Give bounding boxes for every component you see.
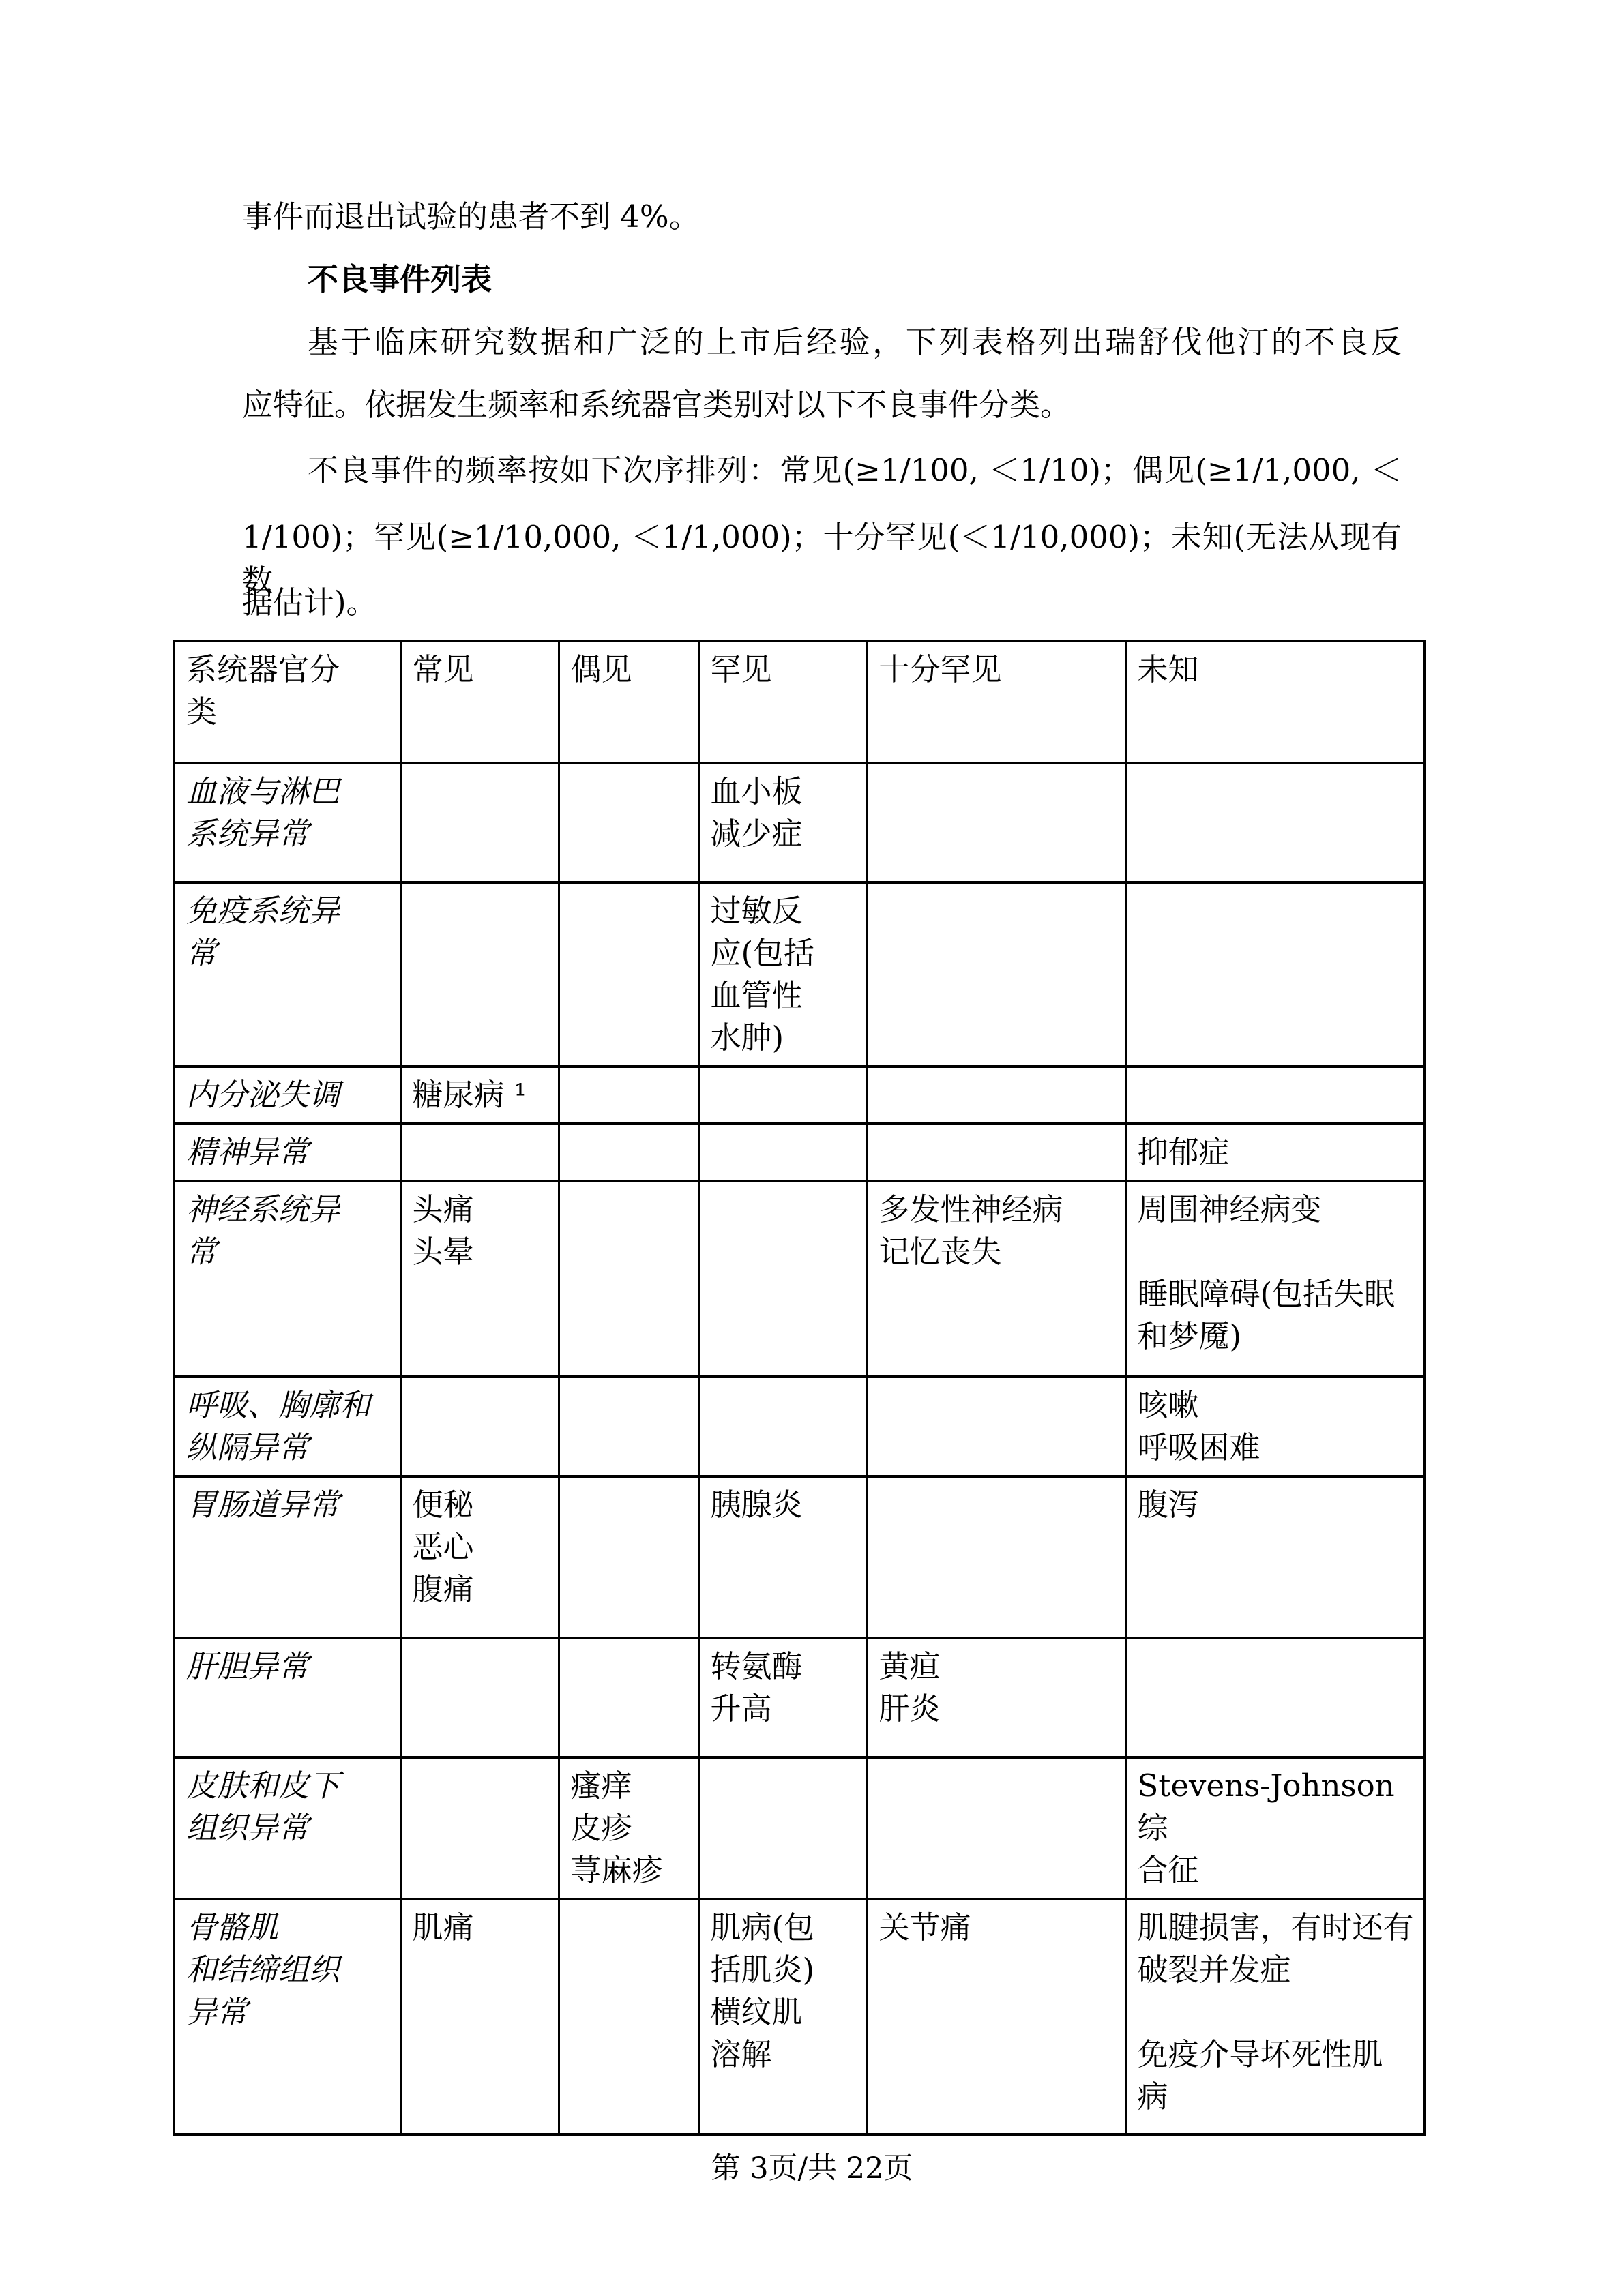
table-cell: 抑郁症 (1125, 1124, 1424, 1181)
table-row: 骨骼肌 和结缔组织 异常肌痛肌病(包 括肌炎) 横纹肌 溶解关节痛肌腱损害，有时… (174, 1899, 1424, 2134)
table-body: 血液与淋巴 系统异常血小板 减少症免疫系统异 常过敏反 应(包括 血管性 水肿)… (174, 763, 1424, 2134)
table-cell (400, 1638, 559, 1757)
table-cell (698, 1067, 867, 1124)
table-cell (867, 1757, 1125, 1899)
table-cell (867, 1377, 1125, 1476)
table-cell: 免疫系统异 常 (174, 882, 400, 1067)
table-cell: 骨骼肌 和结缔组织 异常 (174, 1899, 400, 2134)
table-cell: 内分泌失调 (174, 1067, 400, 1124)
column-header: 常见 (400, 641, 559, 763)
table-cell: 血小板 减少症 (698, 763, 867, 882)
table-cell (698, 1124, 867, 1181)
table-cell (1125, 1067, 1424, 1124)
table-cell: 黄疸 肝炎 (867, 1638, 1125, 1757)
column-header: 十分罕见 (867, 641, 1125, 763)
table-cell (867, 1067, 1125, 1124)
section-heading: 不良事件列表 (242, 258, 1402, 301)
table-cell: 神经系统异 常 (174, 1181, 400, 1377)
table-cell: 胃肠道异常 (174, 1476, 400, 1638)
table-cell: 头痛 头晕 (400, 1181, 559, 1377)
table-cell: 肌腱损害，有时还有 破裂并发症 免疫介导坏死性肌 病 (1125, 1899, 1424, 2134)
table-cell (559, 1181, 698, 1377)
table-cell: 便秘 恶心 腹痛 (400, 1476, 559, 1638)
table-cell (400, 1757, 559, 1899)
table-row: 精神异常抑郁症 (174, 1124, 1424, 1181)
table-cell (559, 1476, 698, 1638)
column-header: 偶见 (559, 641, 698, 763)
table-cell (559, 1124, 698, 1181)
paragraph-continuation: 事件而退出试验的患者不到 4%。 (242, 195, 1402, 239)
table-row: 免疫系统异 常过敏反 应(包括 血管性 水肿) (174, 882, 1424, 1067)
table-cell (559, 882, 698, 1067)
table-cell (867, 1476, 1125, 1638)
table-cell (400, 763, 559, 882)
table-cell: 肝胆异常 (174, 1638, 400, 1757)
table-cell (559, 1899, 698, 2134)
table-cell: 呼吸、胸廓和 纵隔异常 (174, 1377, 400, 1476)
table-cell (1125, 1638, 1424, 1757)
paragraph-intro-line-1: 基于临床研究数据和广泛的上市后经验，下列表格列出瑞舒伐他汀的不良反 (242, 320, 1402, 364)
table-cell (559, 763, 698, 882)
table-cell (867, 1124, 1125, 1181)
table-row: 呼吸、胸廓和 纵隔异常咳嗽 呼吸困难 (174, 1377, 1424, 1476)
table-cell (867, 882, 1125, 1067)
table-cell: 转氨酶 升高 (698, 1638, 867, 1757)
table-cell: 周围神经病变 睡眠障碍(包括失眠 和梦魇) (1125, 1181, 1424, 1377)
table-cell: 多发性神经病 记忆丧失 (867, 1181, 1125, 1377)
table-row: 血液与淋巴 系统异常血小板 减少症 (174, 763, 1424, 882)
table-cell (698, 1377, 867, 1476)
table-cell (400, 1124, 559, 1181)
table-cell (698, 1757, 867, 1899)
table-cell: 胰腺炎 (698, 1476, 867, 1638)
table-cell: 肌痛 (400, 1899, 559, 2134)
table-cell: 腹泻 (1125, 1476, 1424, 1638)
table-cell (400, 882, 559, 1067)
table-cell: 糖尿病 ¹ (400, 1067, 559, 1124)
column-header: 系统器官分 类 (174, 641, 400, 763)
table-cell: Stevens-Johnson 综 合征 (1125, 1757, 1424, 1899)
table-cell: 精神异常 (174, 1124, 400, 1181)
table-cell (559, 1377, 698, 1476)
table-cell: 过敏反 应(包括 血管性 水肿) (698, 882, 867, 1067)
table-row: 肝胆异常转氨酶 升高黄疸 肝炎 (174, 1638, 1424, 1757)
table-cell: 肌病(包 括肌炎) 横纹肌 溶解 (698, 1899, 867, 2134)
table-cell: 血液与淋巴 系统异常 (174, 763, 400, 882)
table-cell (867, 763, 1125, 882)
table-cell (1125, 882, 1424, 1067)
table-cell (1125, 763, 1424, 882)
column-header: 未知 (1125, 641, 1424, 763)
table-row: 神经系统异 常头痛 头晕多发性神经病 记忆丧失周围神经病变 睡眠障碍(包括失眠 … (174, 1181, 1424, 1377)
table-row: 胃肠道异常便秘 恶心 腹痛胰腺炎腹泻 (174, 1476, 1424, 1638)
table-row: 皮肤和皮下 组织异常瘙痒 皮疹 荨麻疹Stevens-Johnson 综 合征 (174, 1757, 1424, 1899)
table-cell (698, 1181, 867, 1377)
table-cell (400, 1377, 559, 1476)
table-header-row: 系统器官分 类常见偶见罕见十分罕见未知 (174, 641, 1424, 763)
table-cell (559, 1638, 698, 1757)
table-row: 内分泌失调糖尿病 ¹ (174, 1067, 1424, 1124)
table-cell: 瘙痒 皮疹 荨麻疹 (559, 1757, 698, 1899)
column-header: 罕见 (698, 641, 867, 763)
table-cell: 皮肤和皮下 组织异常 (174, 1757, 400, 1899)
adverse-events-table: 系统器官分 类常见偶见罕见十分罕见未知 血液与淋巴 系统异常血小板 减少症免疫系… (173, 640, 1426, 2136)
paragraph-frequency-line-1: 不良事件的频率按如下次序排列：常见(≥1/100, ＜1/10)；偶见(≥1/1… (242, 449, 1402, 492)
table-cell (559, 1067, 698, 1124)
paragraph-frequency-line-3: 据估计)。 (242, 581, 1402, 625)
paragraph-intro-line-2: 应特征。依据发生频率和系统器官类别对以下不良事件分类。 (242, 383, 1402, 427)
page-footer: 第 3页/共 22页 (0, 2148, 1624, 2189)
table-cell: 咳嗽 呼吸困难 (1125, 1377, 1424, 1476)
table-cell: 关节痛 (867, 1899, 1125, 2134)
